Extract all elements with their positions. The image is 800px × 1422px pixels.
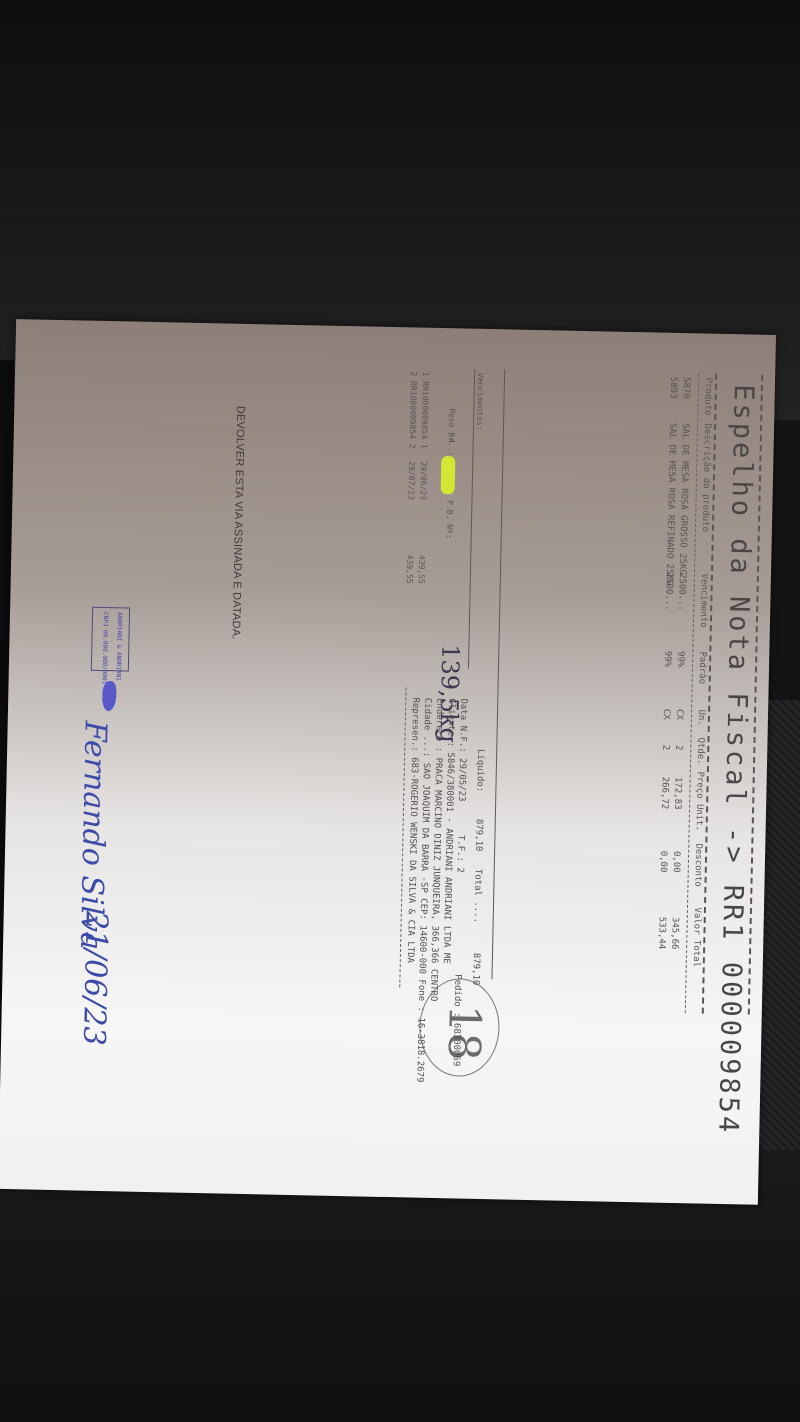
liquido-value: 879,10 — [473, 819, 484, 852]
total-label: Total .... — [472, 869, 483, 923]
header-un: Un. — [696, 709, 707, 737]
highlighter-mark — [441, 456, 456, 494]
total-value: 879,10 — [470, 953, 481, 986]
ink-blot — [102, 681, 117, 711]
peso-label: Peso Br..: — [446, 408, 456, 456]
handwritten-weight: 139,5kg — [434, 644, 464, 743]
receipt-paper: Espelho da Nota Fiscal -> RR1 000009854 … — [0, 319, 776, 1205]
vencimento-row: 2 RR1000009854 2 29/07/23 439,55 — [405, 371, 418, 583]
totals-divider — [491, 369, 505, 979]
header-vencimento: Vencimento — [697, 573, 709, 651]
company-stamp: ANDRIANI & ANDRIANI CNPJ 00.000.000/0001 — [91, 607, 130, 672]
header-produto: Produto — [702, 377, 713, 423]
vencimento-row: 1 RR1000009854 1 29/06/23 439,55 — [417, 372, 430, 584]
handwritten-number: 18 — [438, 1004, 490, 1061]
header-padrao: Padrão — [696, 651, 707, 709]
vencimentos-divider — [468, 369, 475, 669]
header-desconto: Desconto — [692, 843, 703, 907]
peso-liquido-label: P.B. Nº: — [445, 500, 455, 539]
liquido-label: Líquido: — [474, 749, 485, 793]
header-descricao: Descrição do produto — [699, 423, 712, 573]
peso-value: 4 — [447, 438, 456, 443]
header-preco-unit: Preço Unit. — [693, 771, 705, 843]
return-instruction: DEVOLVER ESTA VIA ASSINADA E DATADA. — [230, 406, 247, 640]
header-valor-total: Valor Total — [691, 907, 702, 977]
header-qtde: Qtde. — [695, 737, 706, 771]
vencimentos-label: Vencimentos: — [475, 373, 485, 431]
handwritten-date: 21/06/23 — [76, 911, 114, 1046]
